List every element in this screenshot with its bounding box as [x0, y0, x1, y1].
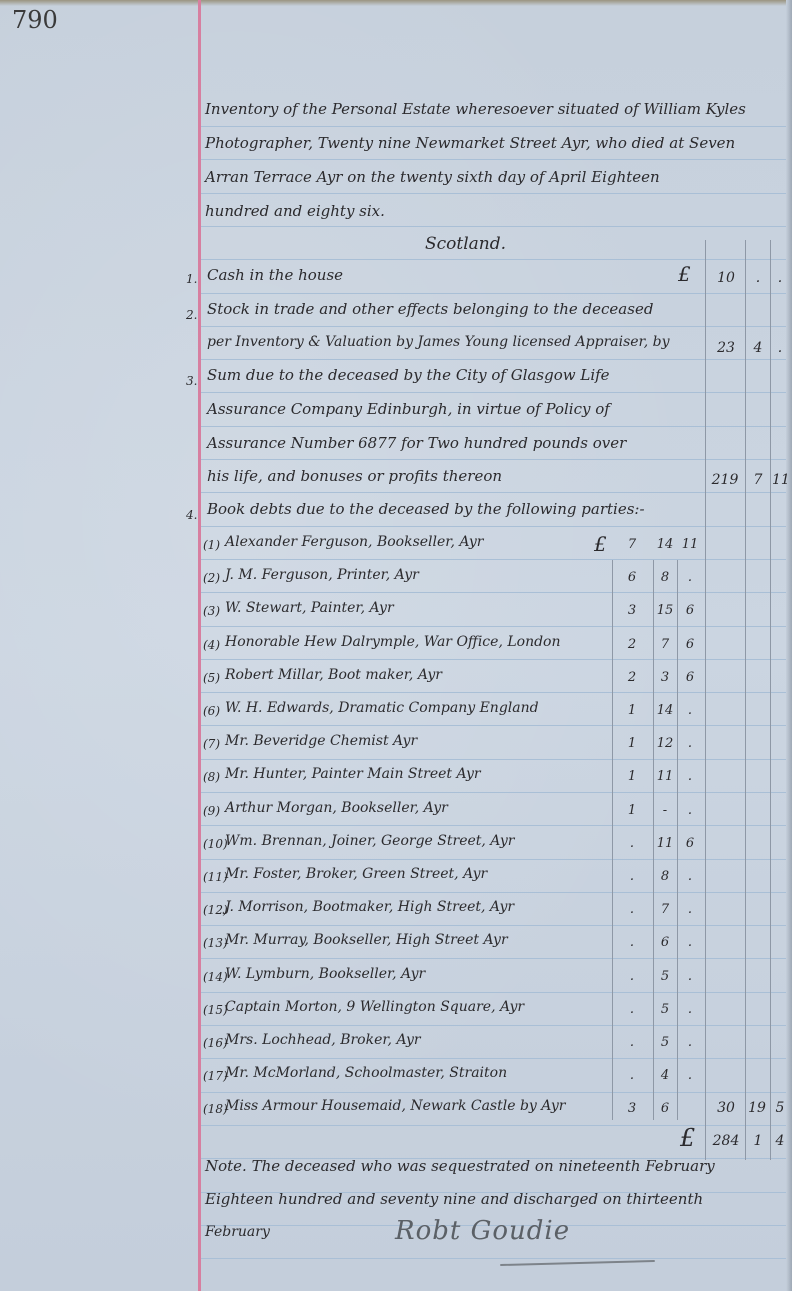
- item-index: 1.: [186, 272, 197, 286]
- debt-pounds: 7: [614, 537, 650, 552]
- debt-pence: 6: [678, 670, 702, 685]
- total-shillings: 1: [748, 1133, 768, 1149]
- item-pounds: 219: [708, 472, 742, 488]
- ruled-line: [201, 492, 786, 493]
- ruled-line: [201, 193, 786, 194]
- debt-pence: .: [678, 703, 702, 718]
- debt-party: Mrs. Lochhead, Broker, Ayr: [225, 1032, 421, 1048]
- debt-pence: .: [678, 803, 702, 818]
- debt-shillings: 7: [654, 902, 676, 917]
- ruled-line: [201, 392, 786, 393]
- header-line: Photographer, Twenty nine Newmarket Stre…: [205, 134, 735, 152]
- item-shillings: 7: [748, 472, 768, 488]
- debt-pounds: 3: [614, 1101, 650, 1116]
- ruled-line: [201, 526, 786, 527]
- debt-shillings: 3: [654, 670, 676, 685]
- debt-number: (18): [203, 1102, 228, 1116]
- ruled-line: [201, 559, 786, 560]
- debt-shillings: 8: [654, 869, 676, 884]
- ruled-line: [201, 659, 786, 660]
- debt-party: Robert Millar, Boot maker, Ayr: [225, 667, 442, 683]
- debt-party: Mr. McMorland, Schoolmaster, Straiton: [225, 1065, 507, 1081]
- debt-party: Alexander Ferguson, Bookseller, Ayr: [225, 534, 484, 550]
- ruled-line: [201, 725, 786, 726]
- debt-pence: 11: [678, 537, 702, 552]
- debt-pence: .: [678, 969, 702, 984]
- ruled-line: [201, 1058, 786, 1059]
- column-rule-pounds: [705, 240, 706, 1160]
- debt-number: (10): [203, 837, 228, 851]
- region-heading: Scotland.: [425, 234, 506, 254]
- item-shillings: .: [748, 270, 768, 286]
- ruled-line: [201, 692, 786, 693]
- debt-number: (9): [203, 804, 220, 818]
- debt-party: Mr. Murray, Bookseller, High Street Ayr: [225, 932, 508, 948]
- debt-pence: 6: [678, 603, 702, 618]
- debt-pence: 6: [678, 637, 702, 652]
- debt-shillings: 7: [654, 637, 676, 652]
- debt-party: Honorable Hew Dalrymple, War Office, Lon…: [225, 634, 561, 650]
- debt-pence: .: [678, 769, 702, 784]
- debt-pence: 6: [678, 836, 702, 851]
- debt-shillings: 5: [654, 1002, 676, 1017]
- debt-number: (12): [203, 903, 228, 917]
- total-pound-sign: £: [680, 1124, 695, 1152]
- debt-number: (8): [203, 770, 220, 784]
- item-shillings: 4: [748, 340, 768, 356]
- item-index: 4.: [186, 508, 197, 522]
- item-description: per Inventory & Valuation by James Young…: [207, 334, 669, 350]
- ruled-line: [201, 326, 786, 327]
- debt-number: (3): [203, 604, 220, 618]
- debt-party: Miss Armour Housemaid, Newark Castle by …: [225, 1098, 565, 1114]
- item-description: Cash in the house: [207, 266, 343, 284]
- header-line: Arran Terrace Ayr on the twenty sixth da…: [205, 168, 660, 186]
- debt-column-rule-pounds: [612, 560, 613, 1120]
- item-pence: 11: [772, 472, 788, 488]
- debt-party: Mr. Beveridge Chemist Ayr: [225, 733, 417, 749]
- item-pence: .: [772, 270, 788, 286]
- item-index: 3.: [186, 374, 197, 388]
- debt-party: Mr. Hunter, Painter Main Street Ayr: [225, 766, 481, 782]
- ruled-line: [201, 1025, 786, 1026]
- ruled-line: [201, 992, 786, 993]
- pound-sign: £: [678, 262, 691, 286]
- debt-shillings: 15: [654, 603, 676, 618]
- debt-pence: .: [678, 736, 702, 751]
- debt-number: (4): [203, 638, 220, 652]
- ruled-line: [201, 792, 786, 793]
- debt-party: Arthur Morgan, Bookseller, Ayr: [225, 800, 448, 816]
- book-debts-subtotal-shillings: 19: [746, 1100, 768, 1116]
- debt-shillings: 6: [654, 935, 676, 950]
- debt-pounds: .: [614, 869, 650, 884]
- debt-pounds: .: [614, 902, 650, 917]
- debt-pounds: .: [614, 969, 650, 984]
- debt-pounds: 1: [614, 803, 650, 818]
- ruled-line: [201, 1125, 786, 1126]
- debt-party: W. Stewart, Painter, Ayr: [225, 600, 394, 616]
- debt-pence: .: [678, 869, 702, 884]
- ruled-line: [201, 1258, 786, 1259]
- ruled-line: [201, 892, 786, 893]
- debt-shillings: 14: [654, 703, 676, 718]
- page-top-edge: [0, 0, 792, 6]
- item-index: 2.: [186, 308, 197, 322]
- ledger-page: 790 Inventory of the Personal Estate whe…: [0, 0, 792, 1291]
- book-debts-subtotal-pounds: 30: [710, 1100, 742, 1116]
- debt-pence: .: [678, 902, 702, 917]
- column-rule-shillings: [745, 240, 746, 1160]
- debt-pounds: 3: [614, 603, 650, 618]
- debt-shillings: 5: [654, 1035, 676, 1050]
- pound-sign: £: [594, 532, 607, 556]
- debt-pence: .: [678, 1068, 702, 1083]
- ruled-line: [201, 459, 786, 460]
- debt-pence: .: [678, 935, 702, 950]
- debt-party: W. H. Edwards, Dramatic Company England: [225, 700, 539, 716]
- debt-pounds: .: [614, 1002, 650, 1017]
- debt-number: (11): [203, 870, 228, 884]
- debt-shillings: 11: [654, 769, 676, 784]
- debt-number: (5): [203, 671, 220, 685]
- debt-pounds: .: [614, 836, 650, 851]
- debt-number: (2): [203, 571, 220, 585]
- item-pence: .: [772, 340, 788, 356]
- debt-shillings: -: [654, 803, 676, 818]
- debt-party: J. Morrison, Bootmaker, High Street, Ayr: [225, 899, 514, 915]
- ruled-line: [201, 925, 786, 926]
- item-description: his life, and bonuses or profits thereon: [207, 467, 502, 485]
- debt-number: (1): [203, 538, 220, 552]
- debt-number: (15): [203, 1003, 228, 1017]
- debt-pounds: 2: [614, 670, 650, 685]
- debt-party: Mr. Foster, Broker, Green Street, Ayr: [225, 866, 487, 882]
- debt-shillings: 5: [654, 969, 676, 984]
- debt-shillings: 11: [654, 836, 676, 851]
- item-description: Sum due to the deceased by the City of G…: [207, 366, 610, 384]
- debt-party: W. Lymburn, Bookseller, Ayr: [225, 966, 425, 982]
- signature-flourish: [500, 1260, 655, 1266]
- item-pounds: 10: [712, 270, 740, 286]
- ruled-line: [201, 426, 786, 427]
- ruled-line: [201, 259, 786, 260]
- ruled-line: [201, 759, 786, 760]
- note-line: Eighteen hundred and seventy nine and di…: [205, 1190, 703, 1208]
- debt-pence: .: [678, 570, 702, 585]
- ruled-line: [201, 226, 786, 227]
- debt-number: (16): [203, 1036, 228, 1050]
- debt-pence: .: [678, 1002, 702, 1017]
- ruled-line: [201, 1092, 786, 1093]
- debt-pounds: 2: [614, 637, 650, 652]
- debt-pence: .: [678, 1035, 702, 1050]
- ruled-line: [201, 825, 786, 826]
- debt-number: (13): [203, 936, 228, 950]
- debt-party: J. M. Ferguson, Printer, Ayr: [225, 567, 419, 583]
- note-line: February: [205, 1224, 270, 1240]
- debt-number: (17): [203, 1069, 228, 1083]
- page-number: 790: [12, 6, 58, 34]
- debt-party: Wm. Brennan, Joiner, George Street, Ayr: [225, 833, 514, 849]
- item-description: Stock in trade and other effects belongi…: [207, 300, 653, 318]
- header-line: Inventory of the Personal Estate whereso…: [205, 100, 746, 118]
- total-pence: 4: [772, 1133, 788, 1149]
- book-debts-subtotal-pence: 5: [772, 1100, 788, 1116]
- item-description: Book debts due to the deceased by the fo…: [207, 500, 645, 518]
- debt-pounds: .: [614, 1035, 650, 1050]
- debt-pounds: .: [614, 935, 650, 950]
- debt-shillings: 6: [654, 1101, 676, 1116]
- debt-pounds: .: [614, 1068, 650, 1083]
- debt-shillings: 8: [654, 570, 676, 585]
- ruled-line: [201, 626, 786, 627]
- ruled-line: [201, 293, 786, 294]
- debt-pounds: 1: [614, 769, 650, 784]
- debt-shillings: 4: [654, 1068, 676, 1083]
- debt-shillings: 14: [654, 537, 676, 552]
- debt-number: (6): [203, 704, 220, 718]
- debt-party: Captain Morton, 9 Wellington Square, Ayr: [225, 999, 524, 1015]
- note-line: Note. The deceased who was sequestrated …: [205, 1157, 715, 1175]
- ruled-line: [201, 126, 786, 127]
- header-line: hundred and eighty six.: [205, 202, 385, 220]
- signature: Robt Goudie: [395, 1216, 570, 1246]
- debt-shillings: 12: [654, 736, 676, 751]
- ruled-line: [201, 592, 786, 593]
- ruled-line: [201, 359, 786, 360]
- item-description: Assurance Company Edinburgh, in virtue o…: [207, 400, 610, 418]
- debt-number: (14): [203, 970, 228, 984]
- debt-pounds: 1: [614, 703, 650, 718]
- item-pounds: 23: [712, 340, 740, 356]
- item-description: Assurance Number 6877 for Two hundred po…: [207, 434, 626, 452]
- debt-pounds: 1: [614, 736, 650, 751]
- ruled-line: [201, 859, 786, 860]
- total-pounds: 284: [708, 1133, 744, 1149]
- debt-pounds: 6: [614, 570, 650, 585]
- debt-number: (7): [203, 737, 220, 751]
- page-right-edge: [786, 0, 792, 1291]
- column-rule-pence: [770, 240, 771, 1160]
- ruled-line: [201, 159, 786, 160]
- ruled-line: [201, 958, 786, 959]
